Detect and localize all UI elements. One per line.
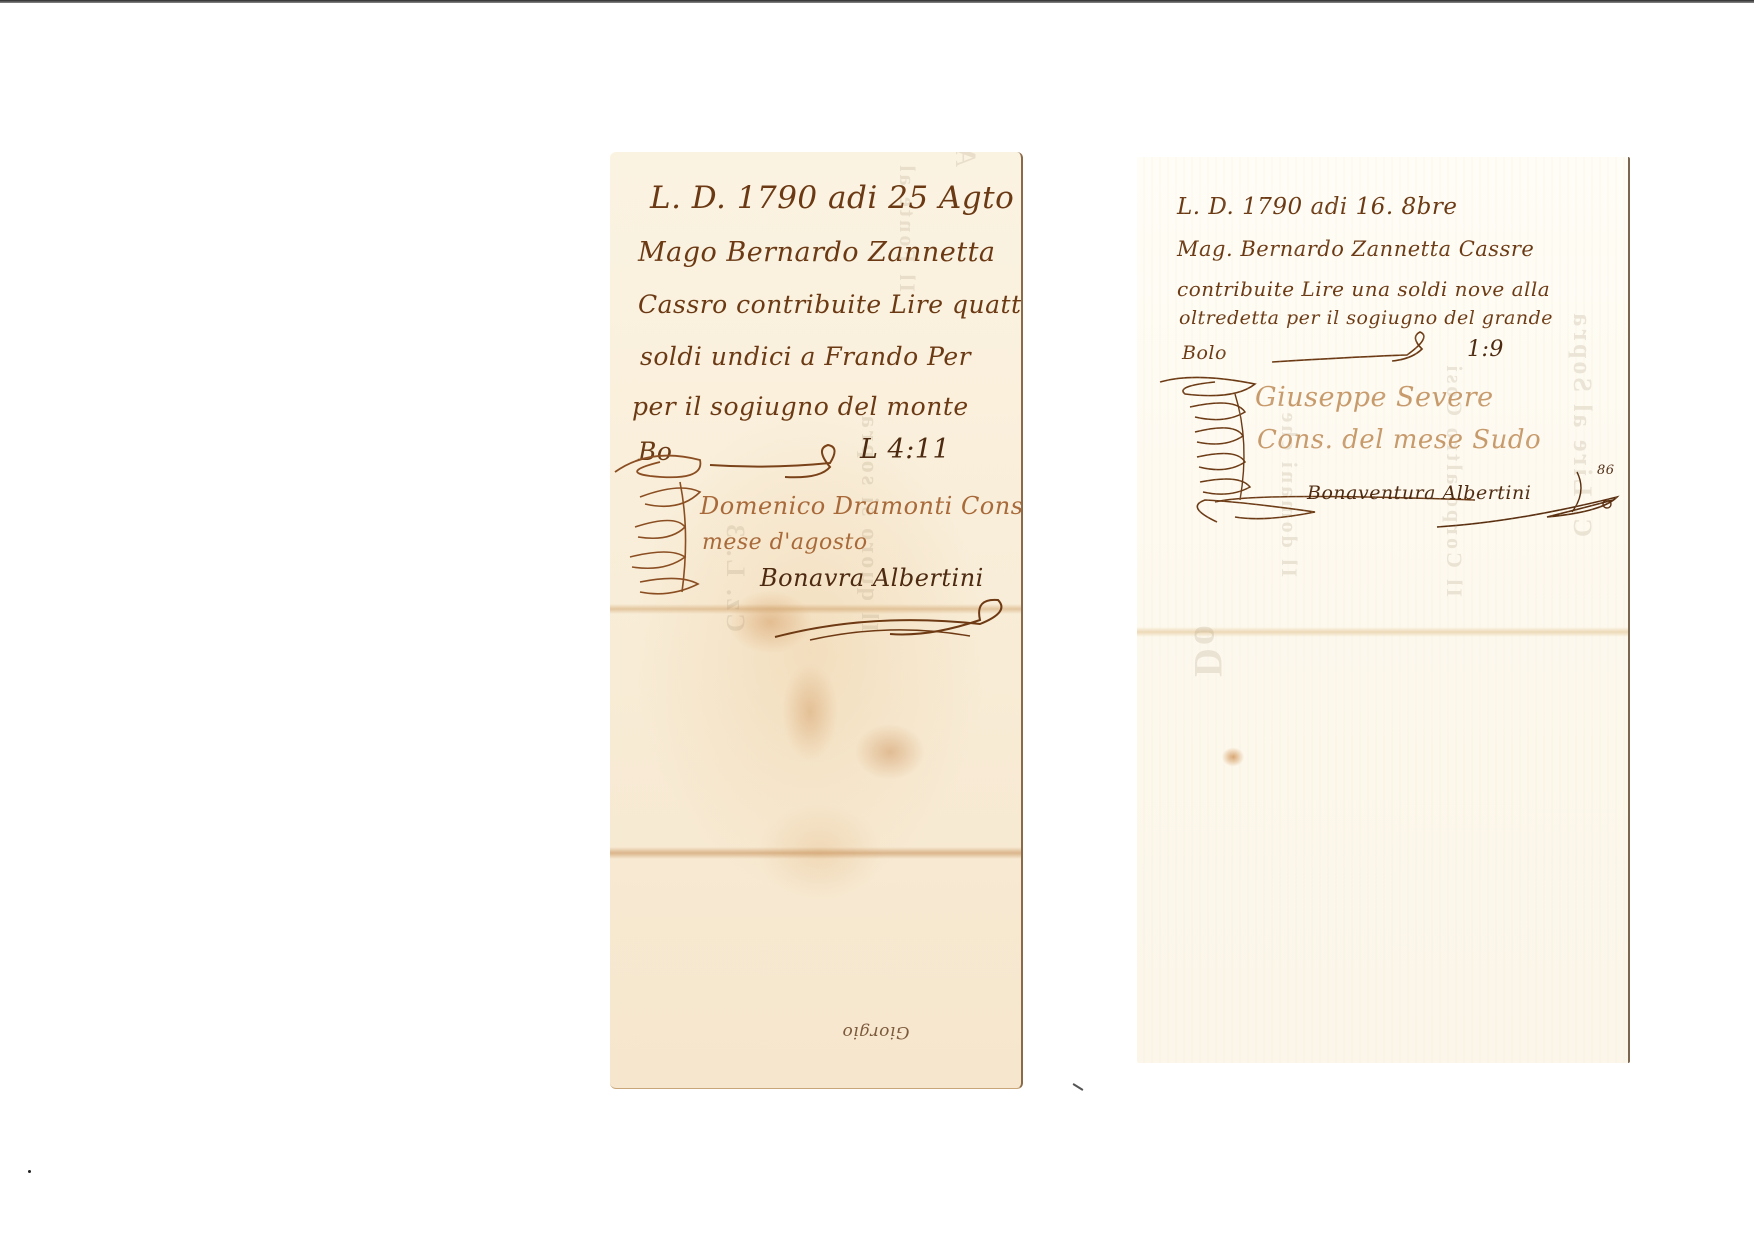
receipt-line: L. D. 1790 adi 16. 8bre — [1177, 194, 1457, 220]
signatory-title: Cons. del mese Sudo — [1257, 425, 1541, 455]
bottom-note: Giorgio — [842, 1022, 909, 1042]
amount: 1:9 — [1467, 337, 1504, 362]
countersign-signature: Bonavra Albertini — [760, 564, 984, 592]
bleed-through-text: Do — [1185, 622, 1232, 677]
receipt-2-paper: C. Lire al Sopra Il Corpo altro Cosi Il … — [1137, 157, 1630, 1063]
bleed-through-text: ALZAVIE BRZZONDO — [948, 152, 982, 167]
receipt-line: soldi undici a Frando Per — [640, 342, 971, 371]
signature-flourish — [1427, 472, 1627, 532]
receipt-line: per il sogiugno del monte — [632, 392, 969, 421]
signatory-name: Domenico Dramonti Consre — [700, 492, 1023, 520]
receipt-line: Mago Bernardo Zannetta — [638, 237, 996, 268]
receipt-line: Cassro contribuite Lire quattro — [638, 290, 1023, 319]
dust-mark — [1072, 1083, 1083, 1091]
signatory-name: Giuseppe Severe — [1255, 382, 1494, 413]
receipt-line: Bolo — [1182, 342, 1227, 364]
dust-speck — [28, 1170, 31, 1173]
amount: L 4:11 — [860, 434, 950, 465]
signature-flourish — [770, 592, 1020, 652]
receipt-line: oltredetta per il sogiugno del grande — [1179, 307, 1553, 329]
paraph-flourish — [610, 442, 720, 602]
receipt-1-paper: ALZAVIE BRZZONDO Il Fonte al Il quoro si… — [610, 152, 1023, 1089]
scanner-border — [0, 0, 1754, 3]
signatory-title: mese d'agosto — [702, 530, 868, 555]
amount-dash-flourish — [710, 437, 850, 487]
receipt-line: Mag. Bernardo Zannetta Cassre — [1177, 237, 1534, 261]
receipt-line: contribuite Lire una soldi nove alla — [1177, 277, 1550, 301]
amount-dash-flourish — [1272, 327, 1442, 372]
receipt-line: L. D. 1790 adi 25 Agto — [650, 180, 1014, 216]
